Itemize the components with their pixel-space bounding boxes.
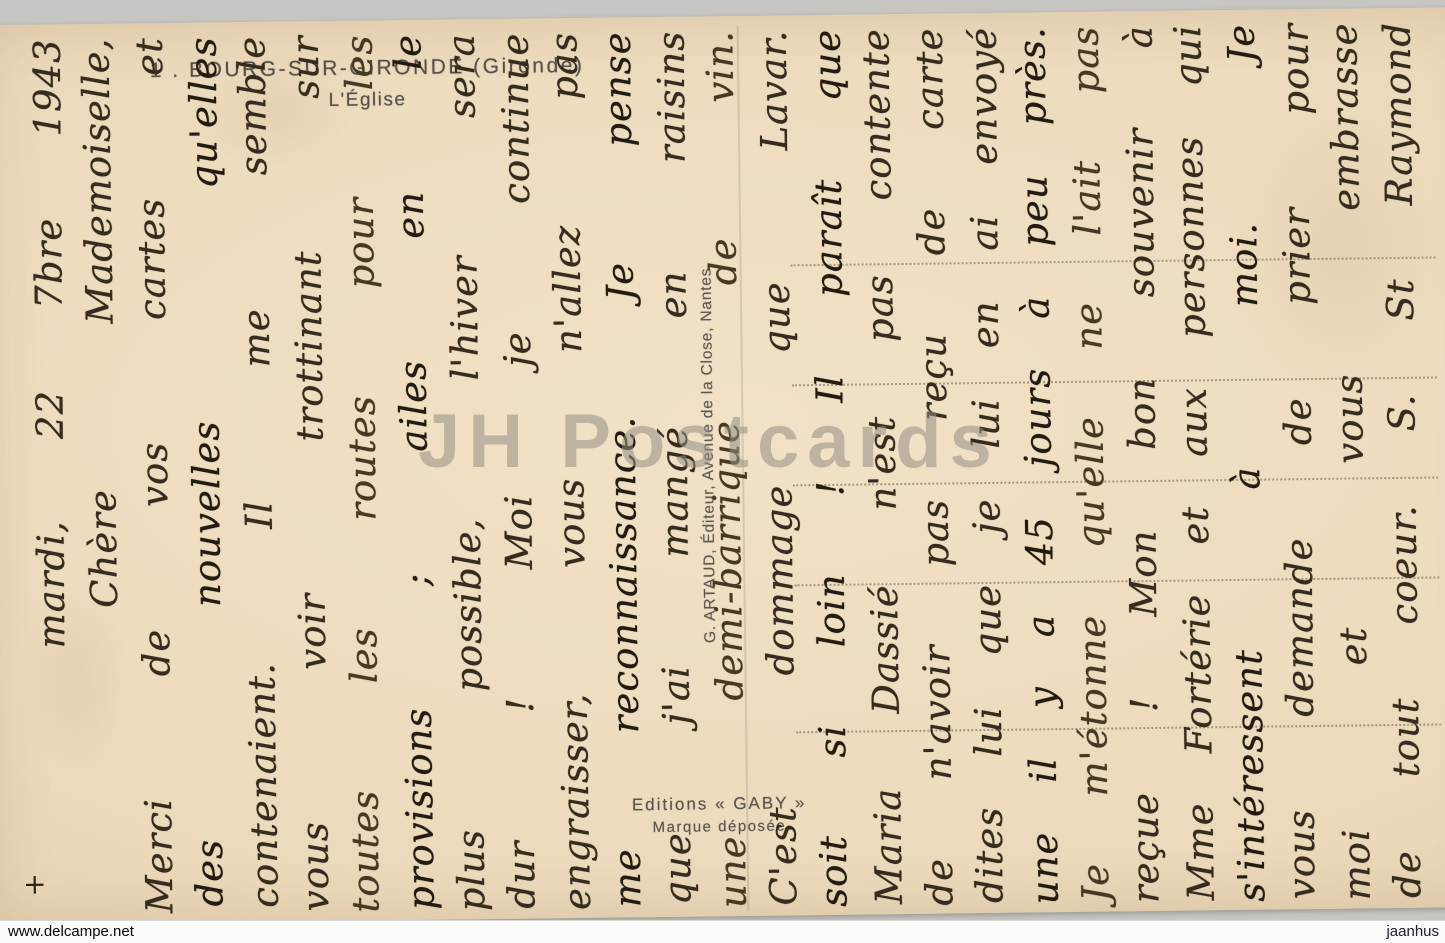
center-watermark: JH Postcards bbox=[418, 398, 1000, 485]
bottom-watermark-bar: www.delcampe.net jaanhus bbox=[0, 920, 1445, 943]
scanned-postcard-page: 1 . BOURG-SUR-GIRONDE (Gironde) L'Église… bbox=[0, 0, 1445, 943]
postcard-photo: 1 . BOURG-SUR-GIRONDE (Gironde) L'Église… bbox=[0, 0, 1445, 921]
delcampe-watermark: www.delcampe.net bbox=[8, 923, 134, 940]
seller-watermark: jaanhus bbox=[1386, 923, 1439, 940]
